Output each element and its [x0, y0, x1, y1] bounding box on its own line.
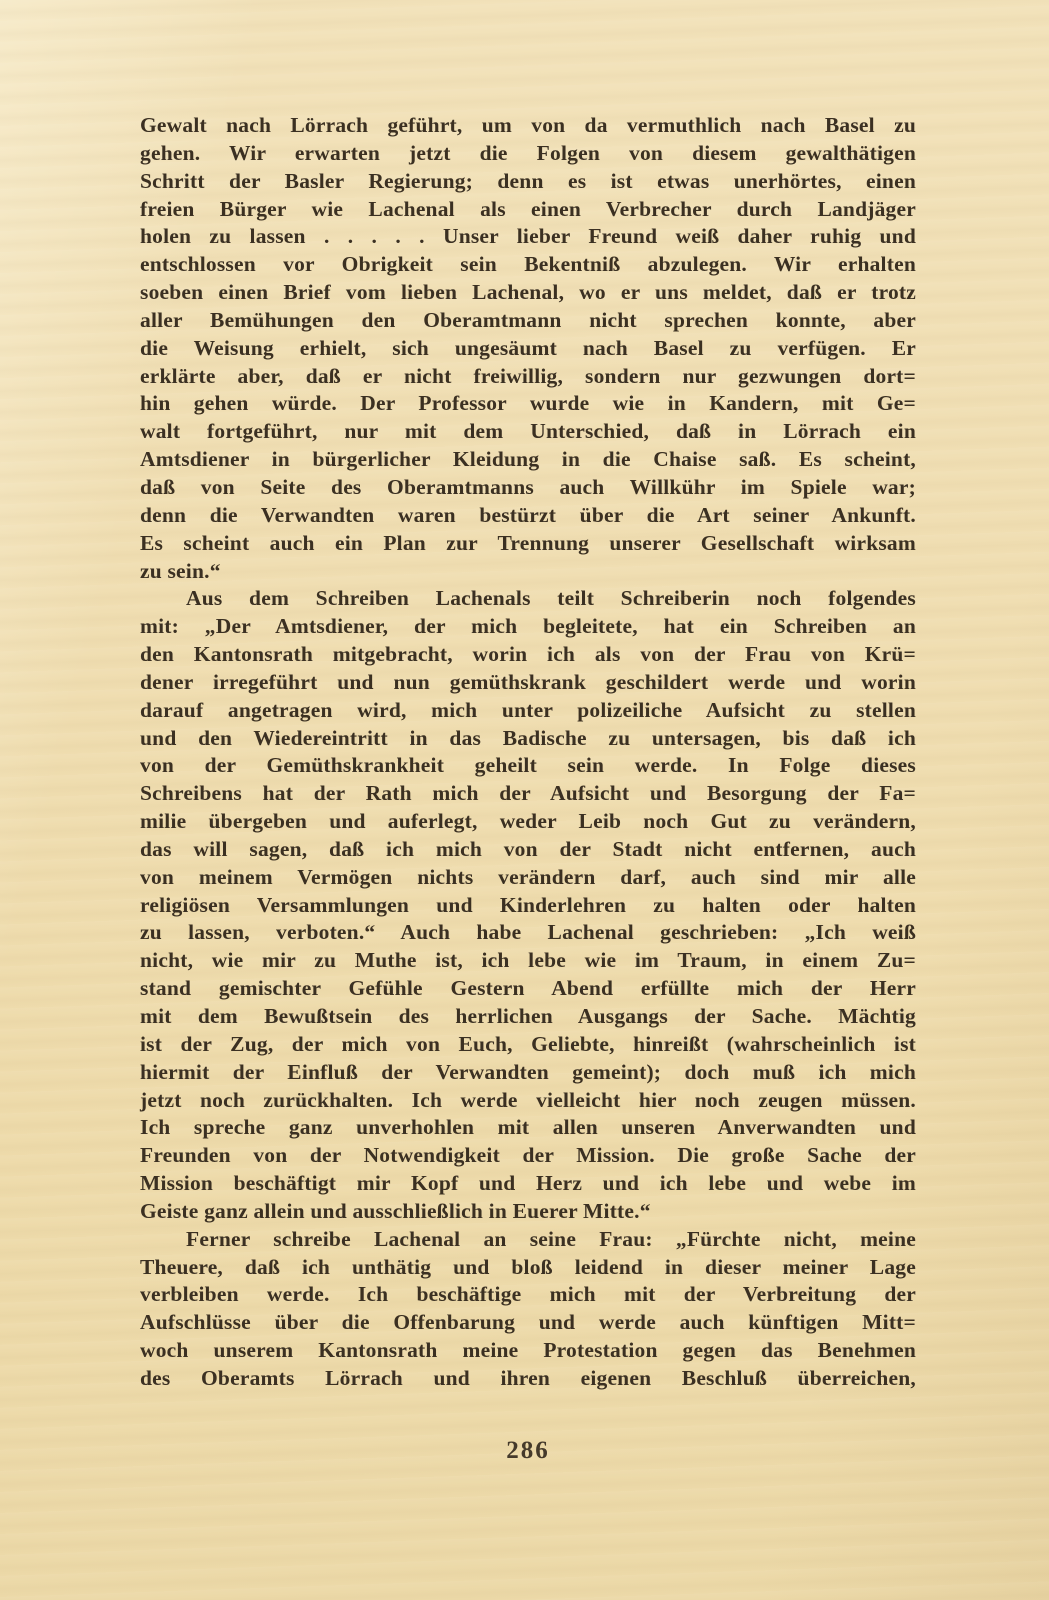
text-line: die Weisung erhielt, sich ungesäumt nach…	[140, 335, 916, 363]
text-line: Ferner schreibe Lachenal an seine Frau: …	[140, 1226, 916, 1254]
text-line: denn die Verwandten waren bestürzt über …	[140, 502, 916, 530]
text-line: jetzt noch zurückhalten. Ich werde viell…	[140, 1087, 916, 1115]
text-line: das will sagen, daß ich mich von der Sta…	[140, 836, 916, 864]
text-line: holen zu lassen . . . . . Unser lieber F…	[140, 223, 916, 251]
text-line: religiösen Versammlungen und Kinderlehre…	[140, 892, 916, 920]
page-number: 286	[140, 1437, 916, 1465]
text-line: woch unserem Kantonsrath meine Protestat…	[140, 1337, 916, 1365]
text-line: Schreibens hat der Rath mich der Aufsich…	[140, 780, 916, 808]
text-line: milie übergeben und auferlegt, weder Lei…	[140, 808, 916, 836]
text-line: Aufschlüsse über die Offenbarung und wer…	[140, 1309, 916, 1337]
text-line: Gewalt nach Lörrach geführt, um von da v…	[140, 112, 916, 140]
text-line: soeben einen Brief vom lieben Lachenal, …	[140, 279, 916, 307]
text-line: Schritt der Basler Regierung; denn es is…	[140, 168, 916, 196]
text-line: ist der Zug, der mich von Euch, Geliebte…	[140, 1031, 916, 1059]
text-line: Freunden von der Notwendigkeit der Missi…	[140, 1142, 916, 1170]
text-line: Ich spreche ganz unverhohlen mit allen u…	[140, 1114, 916, 1142]
text-line: von meinem Vermögen nichts verändern dar…	[140, 864, 916, 892]
text-line: Theuere, daß ich unthätig und bloß leide…	[140, 1254, 916, 1282]
text-line: zu sein.“	[140, 558, 916, 586]
text-line: daß von Seite des Oberamtmanns auch Will…	[140, 474, 916, 502]
text-line: dener irregeführt und nun gemüthskrank g…	[140, 669, 916, 697]
text-line: darauf angetragen wird, mich unter poliz…	[140, 697, 916, 725]
text-line: von der Gemüthskrankheit geheilt sein we…	[140, 752, 916, 780]
text-line: zu lassen, verboten.“ Auch habe Lachenal…	[140, 919, 916, 947]
text-line: mit dem Bewußtsein des herrlichen Ausgan…	[140, 1003, 916, 1031]
text-line: gehen. Wir erwarten jetzt die Folgen von…	[140, 140, 916, 168]
text-line: aller Bemühungen den Oberamtmann nicht s…	[140, 307, 916, 335]
text-line: mit: „Der Amtsdiener, der mich begleitet…	[140, 613, 916, 641]
text-line: walt fortgeführt, nur mit dem Unterschie…	[140, 418, 916, 446]
text-line: hiermit der Einfluß der Verwandten gemei…	[140, 1059, 916, 1087]
text-line: Mission beschäftigt mir Kopf und Herz un…	[140, 1170, 916, 1198]
text-line: verbleiben werde. Ich beschäftige mich m…	[140, 1281, 916, 1309]
text-line: erklärte aber, daß er nicht freiwillig, …	[140, 363, 916, 391]
text-line: Es scheint auch ein Plan zur Trennung un…	[140, 530, 916, 558]
text-line: hin gehen würde. Der Professor wurde wie…	[140, 390, 916, 418]
text-line: des Oberamts Lörrach und ihren eigenen B…	[140, 1365, 916, 1393]
text-line: nicht, wie mir zu Muthe ist, ich lebe wi…	[140, 947, 916, 975]
text-line: den Kantonsrath mitgebracht, worin ich a…	[140, 641, 916, 669]
page-text: Gewalt nach Lörrach geführt, um von da v…	[140, 112, 916, 1393]
text-line: und den Wiedereintritt in das Badische z…	[140, 725, 916, 753]
text-line: Amtsdiener in bürgerlicher Kleidung in d…	[140, 446, 916, 474]
text-line: entschlossen vor Obrigkeit sein Bekentni…	[140, 251, 916, 279]
text-line: Aus dem Schreiben Lachenals teilt Schrei…	[140, 585, 916, 613]
text-line: freien Bürger wie Lachenal als einen Ver…	[140, 196, 916, 224]
text-line: stand gemischter Gefühle Gestern Abend e…	[140, 975, 916, 1003]
text-line: Geiste ganz allein und ausschließlich in…	[140, 1198, 916, 1226]
